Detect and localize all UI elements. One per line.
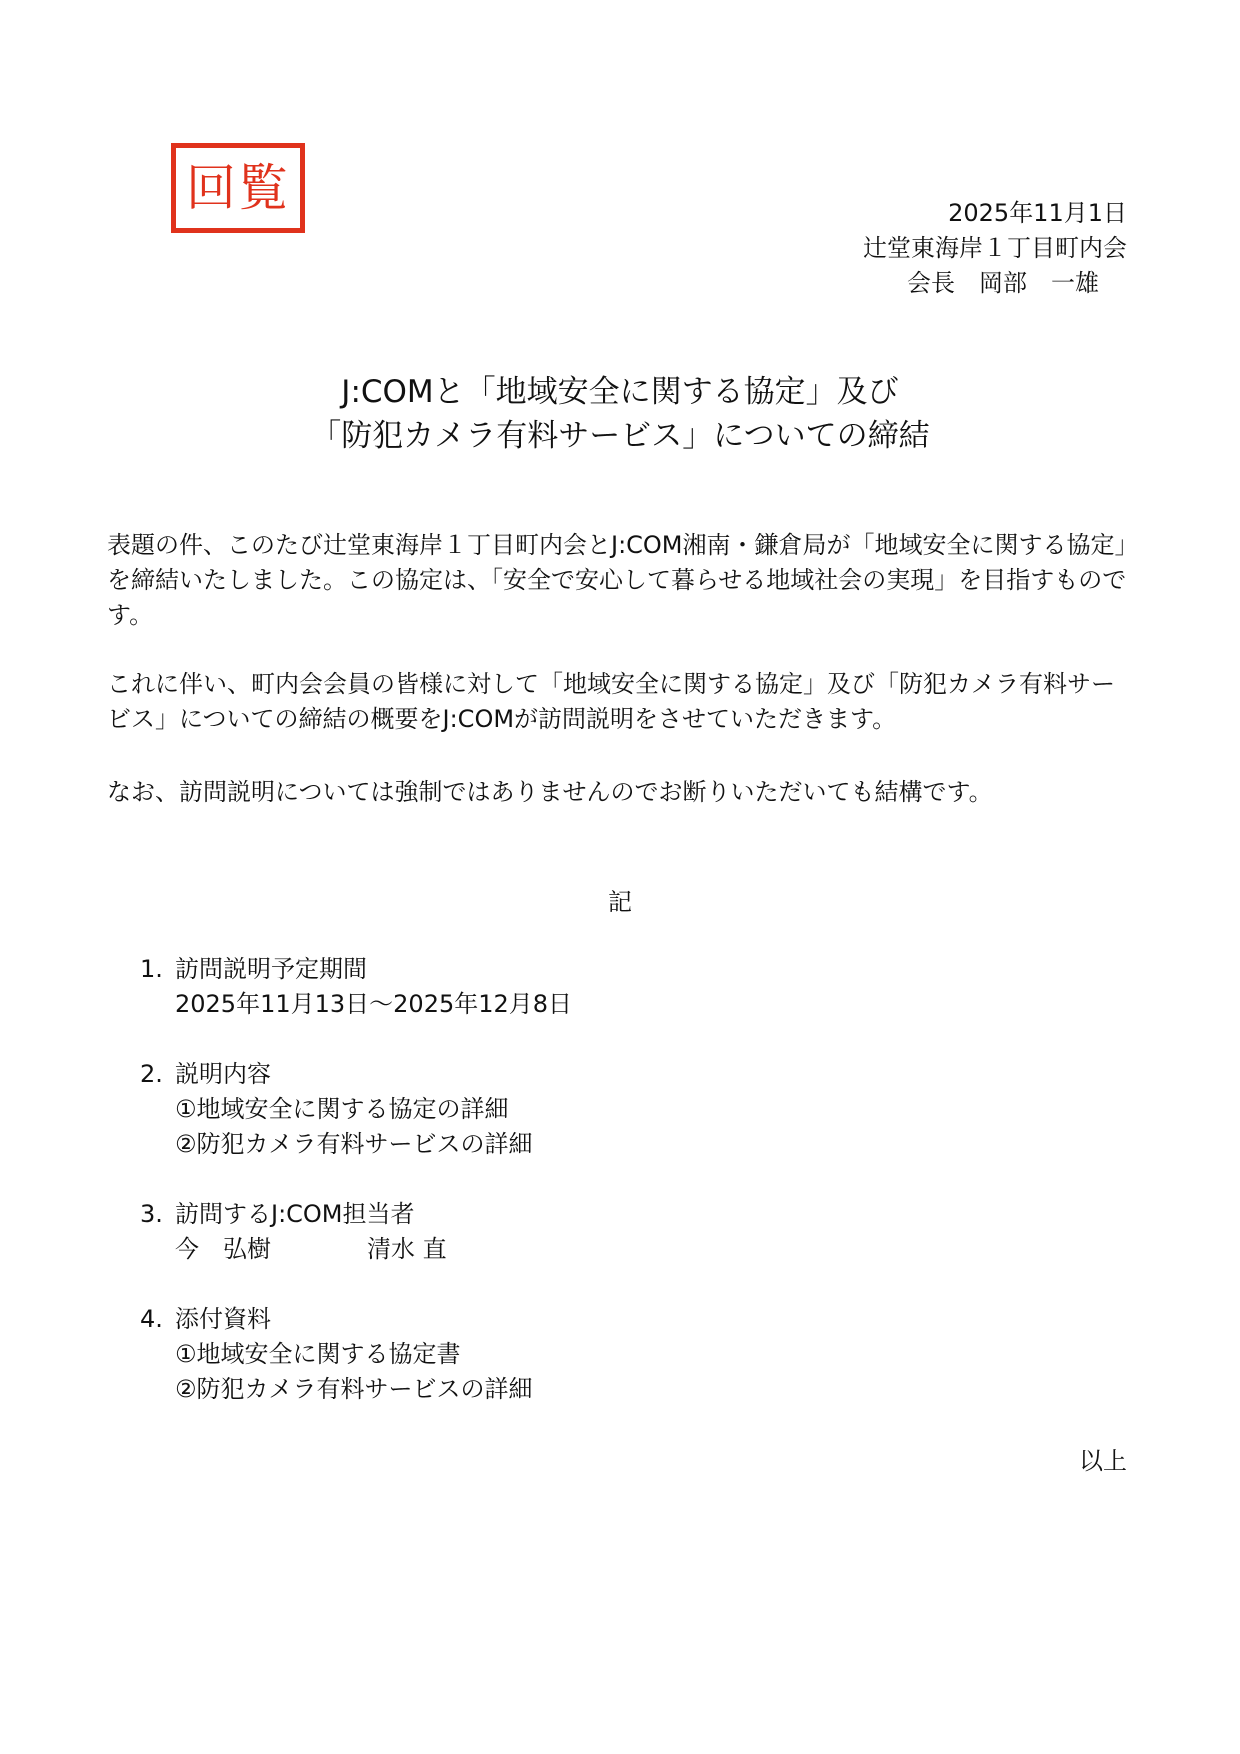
- item-detail: 2025年11月13日～2025年12月8日: [175, 987, 572, 1022]
- list-item: 4. 添付資料 ①地域安全に関する協定書 ②防犯カメラ有料サービスの詳細: [140, 1302, 572, 1407]
- organization-name: 辻堂東海岸１丁目町内会: [863, 231, 1127, 266]
- list-item: 1. 訪問説明予定期間 2025年11月13日～2025年12月8日: [140, 952, 572, 1022]
- title-line-1: J:COMと「地域安全に関する協定」及び: [0, 370, 1240, 414]
- paragraph-note: なお、訪問説明については強制ではありませんのでお断りいただいても結構です。: [107, 775, 1137, 810]
- list-item: 2. 説明内容 ①地域安全に関する協定の詳細 ②防犯カメラ有料サービスの詳細: [140, 1057, 572, 1162]
- item-heading: 説明内容: [175, 1057, 572, 1092]
- item-number: 4.: [140, 1302, 163, 1337]
- document-title: J:COMと「地域安全に関する協定」及び 「防犯カメラ有料サービス」についての締…: [0, 370, 1240, 458]
- chairman-name: 会長 岡部 一雄: [863, 266, 1099, 301]
- item-number: 1.: [140, 952, 163, 987]
- circulation-stamp: 回覧: [171, 143, 305, 233]
- itemized-list: 1. 訪問説明予定期間 2025年11月13日～2025年12月8日 2. 説明…: [140, 952, 572, 1442]
- item-detail: 今 弘樹 清水 直: [175, 1232, 572, 1267]
- item-detail: ②防犯カメラ有料サービスの詳細: [175, 1372, 572, 1407]
- stamp-label: 回覧: [186, 163, 290, 213]
- paragraph-visit: これに伴い、町内会会員の皆様に対して「地域安全に関する協定」及び「防犯カメラ有料…: [107, 667, 1137, 737]
- item-detail: ②防犯カメラ有料サービスの詳細: [175, 1127, 572, 1162]
- item-heading: 訪問するJ:COM担当者: [175, 1197, 572, 1232]
- ki-heading: 記: [0, 882, 1240, 917]
- item-detail: ①地域安全に関する協定の詳細: [175, 1092, 572, 1127]
- paragraph-intro: 表題の件、このたび辻堂東海岸１丁目町内会とJ:COM湘南・鎌倉局が「地域安全に関…: [107, 528, 1137, 633]
- closing-mark: 以上: [1079, 1441, 1127, 1476]
- item-heading: 訪問説明予定期間: [175, 952, 572, 987]
- sender-block: 2025年11月1日 辻堂東海岸１丁目町内会 会長 岡部 一雄: [863, 196, 1127, 301]
- title-line-2: 「防犯カメラ有料サービス」についての締結: [0, 414, 1240, 458]
- list-item: 3. 訪問するJ:COM担当者 今 弘樹 清水 直: [140, 1197, 572, 1267]
- item-number: 2.: [140, 1057, 163, 1092]
- item-number: 3.: [140, 1197, 163, 1232]
- item-detail: ①地域安全に関する協定書: [175, 1337, 572, 1372]
- issue-date: 2025年11月1日: [863, 196, 1127, 231]
- item-heading: 添付資料: [175, 1302, 572, 1337]
